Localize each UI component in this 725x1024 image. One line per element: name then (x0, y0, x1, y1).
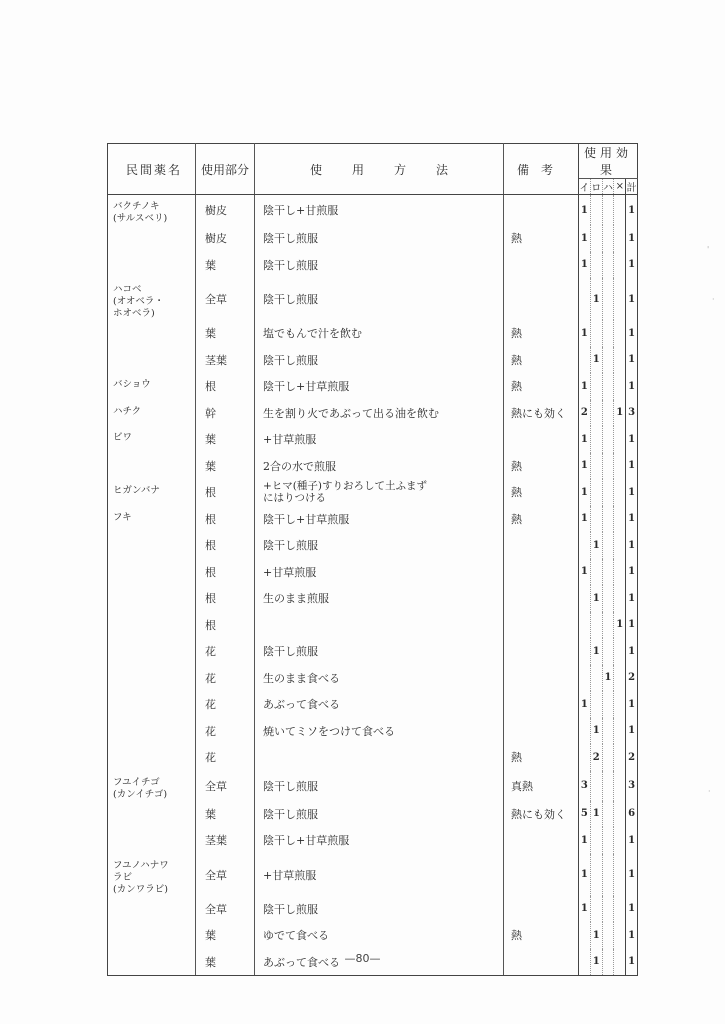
effect-ro (590, 195, 602, 226)
part-used: 茎葉 (196, 347, 255, 374)
effect-ro: 1 (590, 638, 602, 665)
effect-ha (602, 479, 614, 506)
header-effect-x: × (614, 179, 626, 195)
table-row: フユイチゴ (カンイチゴ)全草陰干し煎服真熱33 (108, 771, 638, 801)
header-note: 備考 (504, 144, 579, 195)
table-row: 根生のまま煎服11 (108, 585, 638, 612)
usage-method-cell: 2合の水で煎服 (255, 453, 504, 480)
drug-name-cell (108, 665, 196, 692)
effect-total: 1 (626, 612, 638, 639)
drug-name-cell (108, 691, 196, 718)
effect-x (614, 827, 626, 854)
effect-i: 1 (579, 426, 591, 453)
effect-total: 1 (626, 896, 638, 923)
drug-name-cell: ハチク (108, 400, 196, 427)
remarks (504, 278, 579, 320)
drug-name-cell: フユイチゴ (カンイチゴ) (108, 771, 196, 801)
effect-ha (602, 771, 614, 801)
drug-name-cell: バショウ (108, 373, 196, 400)
effect-x (614, 718, 626, 745)
remarks (504, 532, 579, 559)
effect-x (614, 506, 626, 533)
effect-i (579, 922, 591, 949)
effect-i (579, 665, 591, 692)
table-row: 根11 (108, 612, 638, 639)
table-row: 茎葉陰干し煎服熱11 (108, 347, 638, 374)
effect-ha (602, 195, 614, 226)
header-name: 民間薬名 (108, 144, 196, 195)
effect-x (614, 479, 626, 506)
effect-total: 1 (626, 347, 638, 374)
effect-ro (590, 426, 602, 453)
usage-method: +甘草煎服 (263, 566, 316, 579)
usage-method: 焼いてミソをつけて食べる (263, 725, 395, 738)
usage-method-cell: 陰干し煎服 (255, 225, 504, 252)
remarks: 熱 (504, 373, 579, 400)
remarks: 熱 (504, 225, 579, 252)
remarks (504, 827, 579, 854)
effect-i: 1 (579, 506, 591, 533)
part-used: 花 (196, 691, 255, 718)
effect-ha (602, 426, 614, 453)
remarks (504, 896, 579, 923)
drug-name-cell (108, 559, 196, 586)
effect-ha (602, 252, 614, 279)
effect-total: 3 (626, 771, 638, 801)
part-used: 葉 (196, 801, 255, 828)
effect-ro (590, 225, 602, 252)
effect-ha (602, 532, 614, 559)
effect-ha (602, 225, 614, 252)
drug-name: バクチノキ (サルスベリ) (113, 201, 195, 225)
part-used: 葉 (196, 426, 255, 453)
usage-method: 陰干し+甘草煎服 (263, 380, 349, 393)
part-used: 花 (196, 665, 255, 692)
header-part: 使用部分 (196, 144, 255, 195)
effect-total: 1 (626, 278, 638, 320)
drug-name-cell (108, 896, 196, 923)
usage-method-cell: 陰干し煎服 (255, 278, 504, 320)
remarks: 熱 (504, 453, 579, 480)
effect-total: 1 (626, 506, 638, 533)
table-row: 葉ゆでて食べる熱11 (108, 922, 638, 949)
effect-x (614, 320, 626, 347)
remarks: 熱 (504, 347, 579, 374)
usage-method: 陰干し+甘草煎服 (263, 834, 349, 847)
part-used: 根 (196, 479, 255, 506)
drug-name-cell: バクチノキ (サルスベリ) (108, 195, 196, 226)
usage-method-cell: 陰干し煎服 (255, 771, 504, 801)
effect-ro: 1 (590, 347, 602, 374)
effect-x (614, 771, 626, 801)
usage-method: 生のまま煎服 (263, 592, 329, 605)
effect-i: 1 (579, 479, 591, 506)
part-used: 根 (196, 612, 255, 639)
effect-x (614, 453, 626, 480)
effect-total: 1 (626, 718, 638, 745)
effect-ro (590, 854, 602, 896)
effect-x (614, 426, 626, 453)
table-row: 花あぶって食べる11 (108, 691, 638, 718)
usage-method: 陰干し煎服 (263, 259, 318, 272)
effect-ro: 2 (590, 744, 602, 771)
usage-method-cell (255, 744, 504, 771)
effect-i (579, 585, 591, 612)
remarks (504, 691, 579, 718)
effect-x (614, 252, 626, 279)
effect-i (579, 532, 591, 559)
usage-method: 陰干し煎服 (263, 780, 318, 793)
effect-ha (602, 506, 614, 533)
effect-ha (602, 585, 614, 612)
effect-x (614, 373, 626, 400)
effect-x (614, 559, 626, 586)
effect-total: 2 (626, 665, 638, 692)
effect-ro (590, 896, 602, 923)
table-row: 花熱22 (108, 744, 638, 771)
effect-ha (602, 559, 614, 586)
effect-total: 1 (626, 585, 638, 612)
effect-ha (602, 638, 614, 665)
usage-method: 陰干し煎服 (263, 903, 318, 916)
usage-method-cell: 生を割り火であぶって出る油を飲む (255, 400, 504, 427)
usage-method: 陰干し煎服 (263, 808, 318, 821)
drug-name-cell (108, 744, 196, 771)
effect-ro (590, 612, 602, 639)
effect-x: 1 (614, 400, 626, 427)
usage-method-cell: 陰干し煎服 (255, 801, 504, 828)
drug-name: ハチク (113, 406, 195, 418)
drug-name-cell (108, 612, 196, 639)
effect-ro (590, 771, 602, 801)
effect-i: 1 (579, 195, 591, 226)
usage-method-cell: 陰干し煎服 (255, 638, 504, 665)
effect-i: 1 (579, 225, 591, 252)
effect-ro (590, 827, 602, 854)
effect-total: 6 (626, 801, 638, 828)
part-used: 根 (196, 585, 255, 612)
effect-i: 3 (579, 771, 591, 801)
effect-total: 1 (626, 827, 638, 854)
usage-method-cell: +ヒマ(種子)すりおろして土ふまず にはりつける (255, 479, 504, 506)
effect-total: 1 (626, 453, 638, 480)
table-row: 花焼いてミソをつけて食べる11 (108, 718, 638, 745)
remarks (504, 854, 579, 896)
effect-ro (590, 506, 602, 533)
remarks: 熱 (504, 922, 579, 949)
usage-method-cell: 陰干し煎服 (255, 896, 504, 923)
effect-i: 1 (579, 373, 591, 400)
effect-ro (590, 559, 602, 586)
usage-method-cell: ゆでて食べる (255, 922, 504, 949)
table-row: 樹皮陰干し煎服熱11 (108, 225, 638, 252)
effect-total: 1 (626, 532, 638, 559)
effect-i: 1 (579, 896, 591, 923)
scan-mark: · (712, 295, 715, 304)
effect-ro (590, 665, 602, 692)
table-row: バショウ根陰干し+甘草煎服熱11 (108, 373, 638, 400)
remarks: 真熱 (504, 771, 579, 801)
usage-method-cell: 陰干し煎服 (255, 532, 504, 559)
effect-i: 1 (579, 453, 591, 480)
usage-method: 陰干し+甘草煎服 (263, 513, 349, 526)
effect-i (579, 278, 591, 320)
drug-name-cell (108, 320, 196, 347)
drug-name: ヒガンバナ (113, 485, 195, 497)
remarks (504, 426, 579, 453)
part-used: 花 (196, 744, 255, 771)
effect-ro (590, 453, 602, 480)
effect-total: 1 (626, 691, 638, 718)
effect-total: 1 (626, 426, 638, 453)
drug-name-cell: ビワ (108, 426, 196, 453)
drug-name-cell (108, 532, 196, 559)
usage-method: 陰干し煎服 (263, 293, 318, 306)
effect-ha (602, 347, 614, 374)
usage-method: 陰干し煎服 (263, 232, 318, 245)
scan-mark: ' (707, 245, 709, 254)
effect-total: 1 (626, 225, 638, 252)
drug-name-cell (108, 638, 196, 665)
effect-ro: 1 (590, 532, 602, 559)
remarks: 熱 (504, 744, 579, 771)
effect-ha (602, 373, 614, 400)
effect-ro (590, 252, 602, 279)
usage-method-cell: +甘草煎服 (255, 559, 504, 586)
header-effect-i: イ (579, 179, 591, 195)
header-method: 使用方法 (255, 144, 504, 195)
drug-name-cell (108, 585, 196, 612)
part-used: 花 (196, 718, 255, 745)
part-used: 全草 (196, 854, 255, 896)
effect-ro (590, 320, 602, 347)
folk-medicine-table: 民間薬名 使用部分 使用方法 備考 使用効果 イ ロ ハ × 計 バクチノキ (… (107, 143, 638, 976)
effect-ro: 1 (590, 718, 602, 745)
usage-method: +甘草煎服 (263, 869, 316, 882)
part-used: 樹皮 (196, 195, 255, 226)
table-row: ハチク幹生を割り火であぶって出る油を飲む熱にも効く213 (108, 400, 638, 427)
part-used: 根 (196, 532, 255, 559)
effect-i: 1 (579, 691, 591, 718)
effect-total: 3 (626, 400, 638, 427)
effect-i (579, 744, 591, 771)
part-used: 全草 (196, 896, 255, 923)
table-row: フユノハナワ ラビ (カンワラビ)全草+甘草煎服11 (108, 854, 638, 896)
document-page: 民間薬名 使用部分 使用方法 備考 使用効果 イ ロ ハ × 計 バクチノキ (… (0, 0, 725, 1024)
effect-total: 1 (626, 638, 638, 665)
part-used: 根 (196, 559, 255, 586)
effect-ha (602, 320, 614, 347)
effect-ha (602, 744, 614, 771)
table-row: 根陰干し煎服11 (108, 532, 638, 559)
table-row: 葉2合の水で煎服熱11 (108, 453, 638, 480)
table-row: 花陰干し煎服11 (108, 638, 638, 665)
drug-name-cell (108, 801, 196, 828)
header-effect-total: 計 (626, 179, 638, 195)
drug-name-cell (108, 718, 196, 745)
effect-total: 1 (626, 252, 638, 279)
drug-name-cell (108, 252, 196, 279)
effect-total: 1 (626, 195, 638, 226)
effect-x (614, 195, 626, 226)
usage-method-cell: 焼いてミソをつけて食べる (255, 718, 504, 745)
effect-x (614, 585, 626, 612)
remarks: 熱にも効く (504, 801, 579, 828)
part-used: 樹皮 (196, 225, 255, 252)
effect-x (614, 691, 626, 718)
drug-name-cell: ヒガンバナ (108, 479, 196, 506)
effect-ha (602, 278, 614, 320)
effect-i: 1 (579, 252, 591, 279)
effect-x (614, 638, 626, 665)
effect-ro (590, 691, 602, 718)
table-row: 全草陰干し煎服11 (108, 896, 638, 923)
effect-x (614, 665, 626, 692)
remarks (504, 638, 579, 665)
drug-name-cell (108, 827, 196, 854)
effect-x (614, 801, 626, 828)
part-used: 茎葉 (196, 827, 255, 854)
remarks (504, 585, 579, 612)
part-used: 幹 (196, 400, 255, 427)
effect-x (614, 922, 626, 949)
usage-method-cell: 生のまま食べる (255, 665, 504, 692)
usage-method-cell: 陰干し+甘草煎服 (255, 506, 504, 533)
remarks (504, 195, 579, 226)
usage-method: +ヒマ(種子)すりおろして土ふまず にはりつける (263, 480, 503, 504)
usage-method: 陰干し煎服 (263, 645, 318, 658)
part-used: 根 (196, 506, 255, 533)
part-used: 葉 (196, 320, 255, 347)
table-row: 葉塩でもんで汁を飲む熱11 (108, 320, 638, 347)
effect-ha (602, 400, 614, 427)
effect-x (614, 532, 626, 559)
usage-method-cell: 陰干し煎服 (255, 347, 504, 374)
part-used: 葉 (196, 252, 255, 279)
effect-i: 1 (579, 320, 591, 347)
usage-method: あぶって食べる (263, 698, 340, 711)
usage-method-cell: +甘草煎服 (255, 854, 504, 896)
part-used: 花 (196, 638, 255, 665)
effect-i (579, 718, 591, 745)
usage-method-cell: 陰干し煎服 (255, 252, 504, 279)
remarks (504, 559, 579, 586)
effect-ro (590, 479, 602, 506)
effect-total: 1 (626, 479, 638, 506)
table-row: ハコベ (オオベラ・ ホオベラ)全草陰干し煎服11 (108, 278, 638, 320)
drug-name-cell (108, 922, 196, 949)
drug-name-cell (108, 453, 196, 480)
usage-method: +甘草煎服 (263, 433, 316, 446)
usage-method: 陰干し+甘煎服 (263, 204, 338, 217)
part-used: 葉 (196, 922, 255, 949)
effect-total: 1 (626, 922, 638, 949)
header-effect-ro: ロ (590, 179, 602, 195)
remarks (504, 612, 579, 639)
effect-i: 2 (579, 400, 591, 427)
usage-method-cell: 塩でもんで汁を飲む (255, 320, 504, 347)
effect-x (614, 854, 626, 896)
usage-method: 塩でもんで汁を飲む (263, 327, 362, 340)
effect-x (614, 278, 626, 320)
effect-x (614, 896, 626, 923)
usage-method-cell: 陰干し+甘草煎服 (255, 373, 504, 400)
effect-total: 1 (626, 854, 638, 896)
remarks: 熱 (504, 506, 579, 533)
drug-name: フキ (113, 512, 195, 524)
effect-ro (590, 400, 602, 427)
usage-method: ゆでて食べる (263, 929, 329, 942)
usage-method-cell: 陰干し+甘煎服 (255, 195, 504, 226)
effect-ha (602, 896, 614, 923)
drug-name-cell: フキ (108, 506, 196, 533)
scan-mark: · (708, 787, 711, 796)
remarks: 熱 (504, 320, 579, 347)
part-used: 全草 (196, 278, 255, 320)
drug-name-cell: フユノハナワ ラビ (カンワラビ) (108, 854, 196, 896)
table-row: 葉陰干し煎服熱にも効く516 (108, 801, 638, 828)
effect-ha (602, 801, 614, 828)
effect-ro (590, 373, 602, 400)
drug-name: ハコベ (オオベラ・ ホオベラ) (113, 284, 195, 320)
effect-total: 1 (626, 373, 638, 400)
table-row: 葉陰干し煎服11 (108, 252, 638, 279)
remarks (504, 665, 579, 692)
drug-name: フユノハナワ ラビ (カンワラビ) (113, 860, 195, 896)
table-row: ヒガンバナ根+ヒマ(種子)すりおろして土ふまず にはりつける熱11 (108, 479, 638, 506)
drug-name: バショウ (113, 379, 195, 391)
page-number: —80— (0, 952, 725, 965)
part-used: 葉 (196, 453, 255, 480)
usage-method-cell: 生のまま煎服 (255, 585, 504, 612)
remarks: 熱にも効く (504, 400, 579, 427)
usage-method-cell: 陰干し+甘草煎服 (255, 827, 504, 854)
effect-ha (602, 922, 614, 949)
effect-x (614, 744, 626, 771)
effect-ha (602, 854, 614, 896)
remarks (504, 718, 579, 745)
effect-x (614, 225, 626, 252)
drug-name: フユイチゴ (カンイチゴ) (113, 777, 195, 801)
remarks: 熱 (504, 479, 579, 506)
effect-i: 1 (579, 827, 591, 854)
drug-name-cell (108, 347, 196, 374)
usage-method: 陰干し煎服 (263, 354, 318, 367)
effect-total: 1 (626, 559, 638, 586)
effect-i: 5 (579, 801, 591, 828)
remarks (504, 252, 579, 279)
drug-name-cell (108, 225, 196, 252)
effect-i (579, 347, 591, 374)
usage-method: 2合の水で煎服 (263, 460, 336, 473)
table-row: 根+甘草煎服11 (108, 559, 638, 586)
table-row: バクチノキ (サルスベリ)樹皮陰干し+甘煎服11 (108, 195, 638, 226)
table-row: 花生のまま食べる12 (108, 665, 638, 692)
usage-method: 生を割り火であぶって出る油を飲む (263, 407, 439, 420)
effect-x: 1 (614, 612, 626, 639)
table-row: ビワ葉+甘草煎服11 (108, 426, 638, 453)
effect-total: 1 (626, 320, 638, 347)
effect-total: 2 (626, 744, 638, 771)
usage-method-cell: あぶって食べる (255, 691, 504, 718)
effect-ha (602, 691, 614, 718)
header-effect-ha: ハ (602, 179, 614, 195)
table-row: 茎葉陰干し+甘草煎服11 (108, 827, 638, 854)
effect-ro: 1 (590, 278, 602, 320)
effect-ha (602, 453, 614, 480)
table-row: フキ根陰干し+甘草煎服熱11 (108, 506, 638, 533)
drug-name: ビワ (113, 432, 195, 444)
